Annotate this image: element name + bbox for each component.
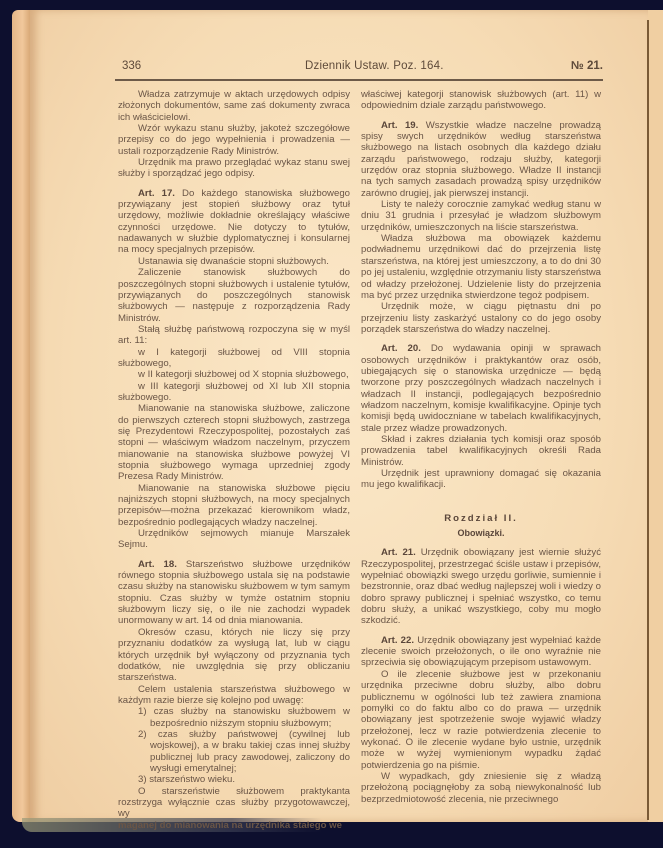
article-21: Art. 21. Urzędnik obowiązany jest wierni… (361, 547, 601, 626)
list-item: 1) czas służby na stanowisku służbowem w… (118, 706, 350, 729)
category-item: w III kategorji służbowej od XI lub XII … (118, 381, 350, 404)
chapter-heading: Rozdział II. (361, 513, 601, 524)
article-label: Art. 17. (138, 188, 175, 199)
paragraph: O starszeństwie służbowem praktykanta ro… (118, 786, 350, 820)
paragraph: Skład i zakres działania tych komisji or… (361, 434, 601, 468)
article-label: Art. 22. (381, 635, 414, 646)
page-number: 336 (122, 60, 141, 72)
article-label: Art. 20. (381, 343, 421, 354)
paragraph: Władza zatrzymuje w aktach urzędowych od… (118, 89, 350, 123)
paragraph: Ustanawia się dwanaście stopni służbowyc… (118, 256, 350, 267)
journal-title: Dziennik Ustaw. Poz. 164. (305, 60, 444, 72)
paragraph: Mianowanie na stanowiska służbowe pięciu… (118, 483, 350, 528)
paragraph: Celem ustalenia starszeństwa służbowego … (118, 684, 350, 707)
article-20: Art. 20. Do wydawania opinji w sprawach … (361, 343, 601, 434)
article-text: Wszystkie władze naczelne prowadzą spisy… (361, 120, 601, 199)
issue-number: № 21. (571, 60, 603, 72)
paragraph: Okresów czasu, których nie liczy się prz… (118, 627, 350, 684)
chapter-subtitle: Obowiązki. (361, 528, 601, 539)
category-item: w II kategorji służbowej od X stopnia sł… (118, 369, 350, 380)
binding-gutter (647, 20, 649, 820)
article-text: Urzędnik obowiązany jest wiernie służyć … (361, 547, 601, 626)
article-label: Art. 19. (381, 120, 418, 131)
paragraph-continuation: maganej do mianowania na urzędnika stałe… (118, 820, 350, 831)
paragraph: Urzędników sejmowych mianuje Marszałek S… (118, 528, 350, 551)
paragraph-continuation: właściwej kategorji stanowisk służbowych… (361, 89, 601, 112)
paragraph: Urzędnik jest uprawniony domagać się oka… (361, 468, 601, 491)
header-rule (115, 79, 603, 81)
paragraph: Urzędnik ma prawo przeglądać wykaz stanu… (118, 157, 350, 180)
paragraph: Stałą służbę państwową rozpoczyna się w … (118, 324, 350, 347)
article-19: Art. 19. Wszystkie władze naczelne prowa… (361, 120, 601, 199)
list-item: 2) czas służby państwowej (cywilnej lub … (118, 729, 350, 774)
left-column: Władza zatrzymuje w aktach urzędowych od… (118, 89, 350, 831)
article-label: Art. 18. (138, 559, 177, 570)
article-label: Art. 21. (381, 547, 416, 558)
paragraph: O ile zlecenie służbowe jest w przekonan… (361, 669, 601, 771)
running-header: 336 Dziennik Ustaw. Poz. 164. № 21. (95, 60, 603, 80)
paragraph: Władza służbowa ma obowiązek każdemu pod… (361, 233, 601, 301)
right-column: właściwej kategorji stanowisk służbowych… (361, 89, 601, 805)
article-text: Do wydawania opinji w sprawach osobowych… (361, 343, 601, 433)
list-item: 3) starszeństwo wieku. (118, 774, 350, 785)
next-page-strip (648, 10, 663, 822)
article-22: Art. 22. Urzędnik obowiązany jest wypełn… (361, 635, 601, 669)
paragraph: W wypadkach, gdy zniesienie się z władzą… (361, 771, 601, 805)
paragraph: Urzędnik może, w ciągu piętnastu dni po … (361, 301, 601, 335)
article-17: Art. 17. Do każdego stanowiska służboweg… (118, 188, 350, 256)
article-18: Art. 18. Starszeństwo służbowe urzędnikó… (118, 559, 350, 627)
paragraph: Mianowanie na stanowiska służbowe, zalic… (118, 403, 350, 482)
category-item: w I kategorji służbowej od VIII stopnia … (118, 347, 350, 370)
paragraph: Zaliczenie stanowisk służbowych do poszc… (118, 267, 350, 324)
paragraph: Wzór wykazu stanu służby, jakoteż szczeg… (118, 123, 350, 157)
paragraph: Listy te należy corocznie zamykać według… (361, 199, 601, 233)
